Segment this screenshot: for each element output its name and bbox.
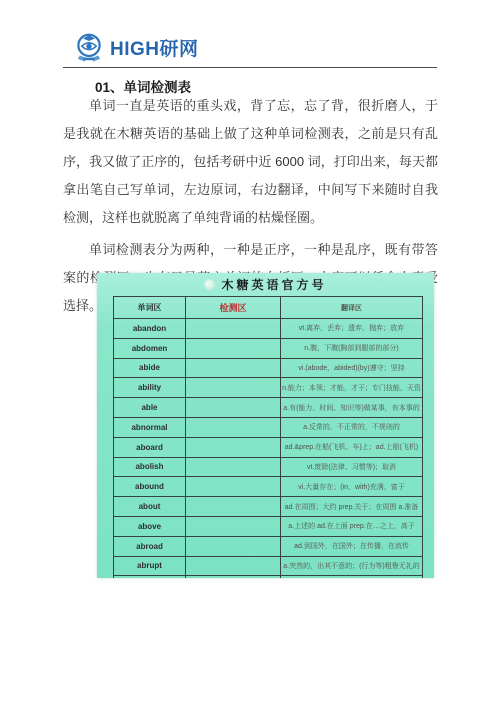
cell-translation: n.腹，下腹(胸部到腿部的部分) [281,338,423,358]
column-header-word: 单词区 [114,297,186,319]
cell-translation: a.突然的，出其不意的；(行为等)粗鲁无礼的 [281,556,423,576]
table-row: aboutad.在周围；大约 prep.关于；在周围 a.准备 [114,497,423,517]
table-row: abovea.上述的 ad.在上面 prep.在…之上，高于 [114,516,423,536]
word-table-title-row: 木糖英语官方号 [97,273,434,296]
table-row-partial [114,576,423,578]
cell-check [186,536,281,556]
cell-empty [281,576,423,578]
table-row: abidevi.(abode，abided)(by)遵守；坚持 [114,358,423,378]
eye-badge-icon [72,30,106,64]
table-row: ablea.有(能力、时间、知识等)做某事，有本事的 [114,398,423,418]
cell-check [186,437,281,457]
table-row: abroadad.到国外，在国外；在传播，在流传 [114,536,423,556]
cell-check [186,338,281,358]
cell-empty [114,576,186,578]
word-table-title: 木糖英语官方号 [221,276,326,293]
cell-translation: n.能力；本领；才能，才干；专门技能，天资 [281,378,423,398]
cell-check [186,398,281,418]
table-row: abolishvt.废除(法律、习惯等)；取消 [114,457,423,477]
table-row: abilityn.能力；本领；才能，才干；专门技能，天资 [114,378,423,398]
cell-translation: ad.在周围；大约 prep.关于；在周围 a.准备 [281,497,423,517]
cell-word: abroad [114,536,186,556]
cell-check [186,477,281,497]
header-divider [63,67,437,68]
cell-word: abound [114,477,186,497]
cell-check [186,457,281,477]
cell-translation: a.上述的 ad.在上面 prep.在…之上，高于 [281,516,423,536]
cell-check [186,417,281,437]
cell-translation: a.有(能力、时间、知识等)做某事，有本事的 [281,398,423,418]
cell-check [186,516,281,536]
word-table-header: 单词区 检测区 翻译区 [114,297,423,319]
logo-text: HIGH研网 [110,34,199,61]
column-header-trans: 翻译区 [281,297,423,319]
table-row: abrupta.突然的，出其不意的；(行为等)粗鲁无礼的 [114,556,423,576]
word-table-image: 木糖英语官方号 单词区 检测区 翻译区 abandonvt.离弃，丢弃；遗弃，抛… [97,273,434,578]
cell-check [186,556,281,576]
cell-word: able [114,398,186,418]
cell-check [186,497,281,517]
cell-word: abrupt [114,556,186,576]
cell-word: abdomen [114,338,186,358]
site-logo: HIGH研网 [72,30,199,64]
cell-translation: ad.&prep.在船(飞机、车)上；ad.上船(飞机) [281,437,423,457]
cell-translation: a.反常的，不正常的，不规则的 [281,417,423,437]
cell-translation: vi.(abode，abided)(by)遵守；坚持 [281,358,423,378]
cell-translation: ad.到国外，在国外；在传播，在流传 [281,536,423,556]
word-table-body: abandonvt.离弃，丢弃；遗弃，抛弃；放弃abdomenn.腹，下腹(胸部… [114,319,423,579]
wechat-badge-icon [204,279,215,290]
cell-check [186,319,281,339]
cell-check [186,358,281,378]
cell-translation: vi.大量存在；(in，with)充满，富于 [281,477,423,497]
word-table: 单词区 检测区 翻译区 abandonvt.离弃，丢弃；遗弃，抛弃；放弃abdo… [113,296,423,578]
cell-word: abnormal [114,417,186,437]
table-row: abandonvt.离弃，丢弃；遗弃，抛弃；放弃 [114,319,423,339]
cell-word: about [114,497,186,517]
table-row: abnormala.反常的，不正常的，不规则的 [114,417,423,437]
table-row: abdomenn.腹，下腹(胸部到腿部的部分) [114,338,423,358]
cell-translation: vt.离弃，丢弃；遗弃，抛弃；放弃 [281,319,423,339]
cell-word: ability [114,378,186,398]
column-header-check: 检测区 [186,297,281,319]
cell-word: aboard [114,437,186,457]
cell-check [186,378,281,398]
cell-word: above [114,516,186,536]
cell-word: abandon [114,319,186,339]
cell-translation: vt.废除(法律、习惯等)；取消 [281,457,423,477]
document-page: HIGH研网 01、单词检测表 单词一直是英语的重头戏，背了忘，忘了背，很折磨人… [0,0,500,707]
cell-word: abide [114,358,186,378]
table-row: aboundvi.大量存在；(in，with)充满，富于 [114,477,423,497]
paragraph: 单词一直是英语的重头戏，背了忘，忘了背，很折磨人，于是我就在木糖英语的基础上做了… [63,92,438,232]
cell-empty [186,576,281,578]
table-row: aboardad.&prep.在船(飞机、车)上；ad.上船(飞机) [114,437,423,457]
cell-word: abolish [114,457,186,477]
